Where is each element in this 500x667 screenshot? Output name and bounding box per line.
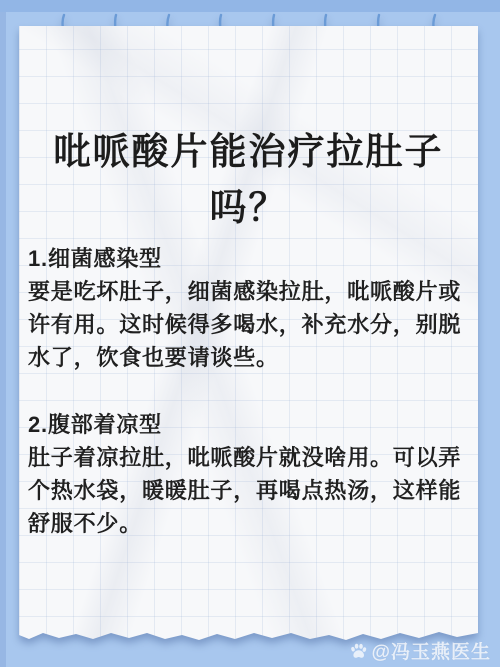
note-title: 吡哌酸片能治疗拉肚子吗？ (48, 124, 450, 236)
post-canvas: 吡哌酸片能治疗拉肚子吗？ 1.细菌感染型 要是吃坏肚子，细菌感染拉肚，吡哌酸片或… (0, 0, 500, 667)
notebook-paper: 吡哌酸片能治疗拉肚子吗？ 1.细菌感染型 要是吃坏肚子，细菌感染拉肚，吡哌酸片或… (19, 26, 478, 644)
section-heading: 1.细菌感染型 (28, 242, 462, 275)
watermark: @冯玉燕医生 (350, 637, 491, 664)
left-band (0, 12, 6, 667)
paper-sheet: 吡哌酸片能治疗拉肚子吗？ 1.细菌感染型 要是吃坏肚子，细菌感染拉肚，吡哌酸片或… (19, 26, 478, 644)
section-body: 要是吃坏肚子，细菌感染拉肚，吡哌酸片或许有用。这时候得多喝水，补充水分，别脱水了… (28, 275, 462, 374)
section-body: 肚子着凉拉肚，吡哌酸片就没啥用。可以弄个热水袋，暖暖肚子，再喝点热汤，这样能舒服… (28, 441, 462, 540)
section-bacterial-infection: 1.细菌感染型 要是吃坏肚子，细菌感染拉肚，吡哌酸片或许有用。这时候得多喝水，补… (28, 242, 462, 374)
section-heading: 2.腹部着凉型 (28, 408, 462, 441)
page-background: { "post": { "title": "吡哌酸片能治疗拉肚子吗？", "se… (0, 0, 500, 667)
paw-icon (350, 643, 367, 659)
top-band (0, 0, 500, 12)
section-abdominal-cold: 2.腹部着凉型 肚子着凉拉肚，吡哌酸片就没啥用。可以弄个热水袋，暖暖肚子，再喝点… (28, 408, 462, 540)
watermark-handle: @冯玉燕医生 (371, 637, 491, 664)
